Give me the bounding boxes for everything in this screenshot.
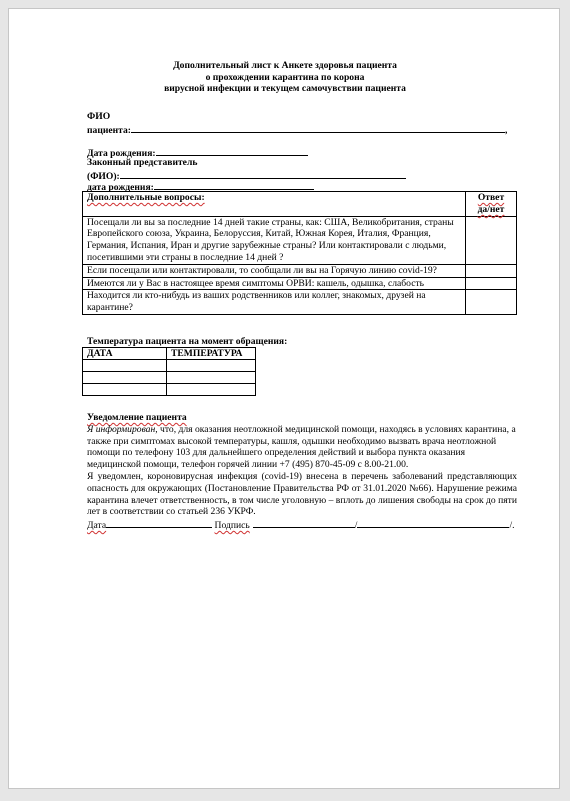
notice-paragraph-2: Я уведомлен, короновирусная инфекция (co… xyxy=(87,471,517,518)
document-title: Дополнительный лист к Анкете здоровья па… xyxy=(0,60,570,95)
representative-label: Законный представитель xyxy=(87,157,197,169)
temperature-row xyxy=(83,360,256,372)
answer-cell[interactable] xyxy=(466,290,517,315)
trailing-comma: , xyxy=(505,125,507,136)
temperature-cell[interactable] xyxy=(167,360,256,372)
temperature-table: ДАТА ТЕМПЕРАТУРА xyxy=(82,347,256,396)
question-row: Находится ли кто-нибудь из ваших родстве… xyxy=(83,290,517,315)
questions-header-row: Дополнительные вопросы: Ответ да/нет xyxy=(83,192,517,217)
question-text: Находится ли кто-нибудь из ваших родстве… xyxy=(83,290,466,315)
temperature-header-row: ДАТА ТЕМПЕРАТУРА xyxy=(83,348,256,360)
signature-name-line[interactable] xyxy=(357,518,509,528)
title-line-3: вирусной инфекции и текущем самочувствии… xyxy=(0,83,570,95)
birth-date-line[interactable] xyxy=(156,146,308,156)
question-row: Если посещали или контактировали, то соо… xyxy=(83,264,517,277)
question-text: Посещали ли вы за последние 14 дней таки… xyxy=(83,216,466,264)
representative-birth-label: дата рождения: xyxy=(87,182,154,191)
date-column-header: ДАТА xyxy=(83,348,167,360)
patient-name-line[interactable] xyxy=(131,123,505,133)
patient-name-field[interactable]: пациента:, xyxy=(87,123,507,137)
patient-notice: Уведомление пациента Я информирован, что… xyxy=(87,412,517,532)
signature-line-field[interactable] xyxy=(253,518,355,528)
representative-name-line[interactable] xyxy=(120,169,406,179)
notice-paragraph-1: Я информирован, что, для оказания неотло… xyxy=(87,424,517,471)
temperature-cell[interactable] xyxy=(167,372,256,384)
representative-birth-line[interactable] xyxy=(154,180,314,190)
representative-birth-field[interactable]: дата рождения: xyxy=(87,180,314,191)
fio-label: ФИО xyxy=(87,111,110,123)
temperature-row xyxy=(83,384,256,396)
sign-date-line[interactable] xyxy=(106,518,212,528)
question-text: Имеются ли у Вас в настоящее время симпт… xyxy=(83,277,466,290)
date-cell[interactable] xyxy=(83,384,167,396)
question-text: Если посещали или контактировали, то соо… xyxy=(83,264,466,277)
answer-cell[interactable] xyxy=(466,264,517,277)
date-cell[interactable] xyxy=(83,360,167,372)
questions-table: Дополнительные вопросы: Ответ да/нет Пос… xyxy=(82,191,517,315)
answer-header: Ответ да/нет xyxy=(466,192,517,217)
temperature-row xyxy=(83,372,256,384)
notice-heading: Уведомление пациента xyxy=(87,412,517,424)
date-cell[interactable] xyxy=(83,372,167,384)
answer-cell[interactable] xyxy=(466,216,517,264)
patient-name-label: пациента: xyxy=(87,125,131,136)
answer-cell[interactable] xyxy=(466,277,517,290)
question-row: Имеются ли у Вас в настоящее время симпт… xyxy=(83,277,517,290)
sign-end: /. xyxy=(509,520,514,531)
signature-label: Подпись xyxy=(215,520,250,531)
sign-date-label: Дата xyxy=(87,520,106,531)
temperature-column-header: ТЕМПЕРАТУРА xyxy=(167,348,256,360)
title-line-2: о прохождении карантина по корона xyxy=(0,72,570,84)
temperature-heading: Температура пациента на момент обращения… xyxy=(87,336,287,348)
question-row: Посещали ли вы за последние 14 дней таки… xyxy=(83,216,517,264)
temperature-cell[interactable] xyxy=(167,384,256,396)
title-line-1: Дополнительный лист к Анкете здоровья па… xyxy=(0,60,570,72)
notice-informed-italic: Я информирован xyxy=(87,424,155,435)
questions-header-label: Дополнительные вопросы: xyxy=(83,192,466,217)
signature-line: Дата Подпись//. xyxy=(87,518,517,532)
